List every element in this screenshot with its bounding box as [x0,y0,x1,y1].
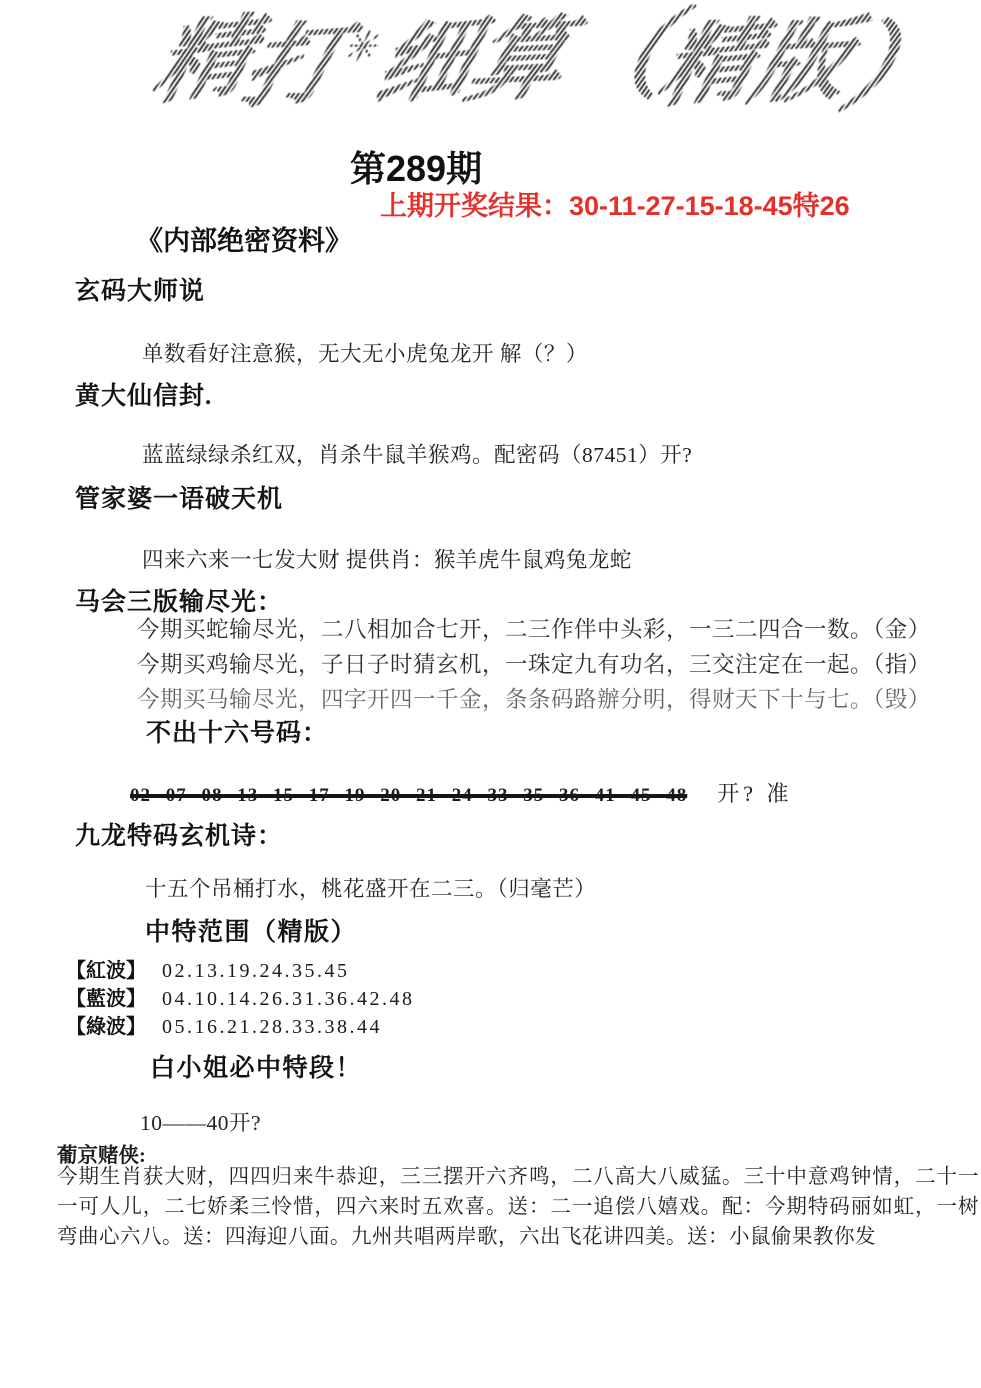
wave-numbers-green: 05.16.21.28.33.38.44 [162,1016,382,1038]
section-heading-housekeeper: 管家婆一语破天机 [75,479,283,515]
wave-label-red: 【紅波】 [66,960,146,982]
wave-numbers-blue: 04.10.14.26.31.36.42.48 [162,988,415,1010]
miss-white-range: 10——40开? [140,1106,261,1137]
subtitle-secret-material: 《内部绝密资料》 [136,219,352,258]
section-heading-miss-white: 白小姐必中特段！ [150,1048,362,1084]
excluded-numbers-row: 02 07 08 13 15 17 19 20 21 24 33 35 36 4… [130,777,793,808]
wave-row-blue: 【藍波】 04.10.14.26.31.36.42.48 [66,982,415,1011]
wave-numbers-red: 02.13.19.24.35.45 [162,960,350,982]
section-body-master: 单数看好注意猴，无大无小虎兔龙开 解（？） [142,337,588,368]
shujin-line-1: 今期买蛇输尽光，二八相加合七开，二三作伴中头彩，一三二四合一数。（金） [137,612,931,644]
masthead-sketch-title: 精 打 ✳ 细 算 （ 精 版 ） [165,10,815,140]
section-body-envelope: 蓝蓝绿绿杀红双，肖杀牛鼠羊猴鸡。配密码（87451）开? [142,438,692,469]
section-heading-poem: 九龙特码玄机诗： [75,816,283,852]
tip-sheet-page: 精 打 ✳ 细 算 （ 精 版 ） 第289期 上期开奖结果：30-11-27-… [0,0,981,1388]
range-subheading: 中特范围（精版） [145,912,357,948]
section-body-housekeeper: 四来六来一七发大财 提供肖：猴羊虎牛鼠鸡兔龙蛇 [142,543,632,574]
poem-body: 十五个吊桶打水，桃花盛开在二三。（归毫芒） [145,872,596,903]
gambler-verse: 今期生肖获大财，四四归来牛恭迎，三三摆开六齐鸣，二八高大八威猛。三十中意鸡钟情，… [57,1162,979,1252]
section-heading-envelope: 黄大仙信封. [75,376,212,412]
last-draw-result: 上期开奖结果：30-11-27-15-18-45特26 [380,184,850,223]
excluded-suffix: 开? 准 [717,781,792,806]
wave-label-green: 【綠波】 [66,1016,146,1038]
excluded-numbers-strikethrough: 02 07 08 13 15 17 19 20 21 24 33 35 36 4… [130,785,687,806]
wave-label-blue: 【藍波】 [66,988,146,1010]
section-heading-master: 玄码大师说 [75,271,205,307]
section-heading-excluded: 不出十六号码： [146,713,328,749]
wave-row-green: 【綠波】 05.16.21.28.33.38.44 [66,1010,382,1039]
shujin-line-3: 今期买马输尽光，四字开四一千金，条条码路辦分明，得财天下十与七。（毁） [137,682,931,714]
wave-row-red: 【紅波】 02.13.19.24.35.45 [66,954,350,983]
shujin-line-2: 今期买鸡输尽光，子日子时猜玄机，一珠定九有功名，三交注定在一起。（指） [137,647,931,679]
